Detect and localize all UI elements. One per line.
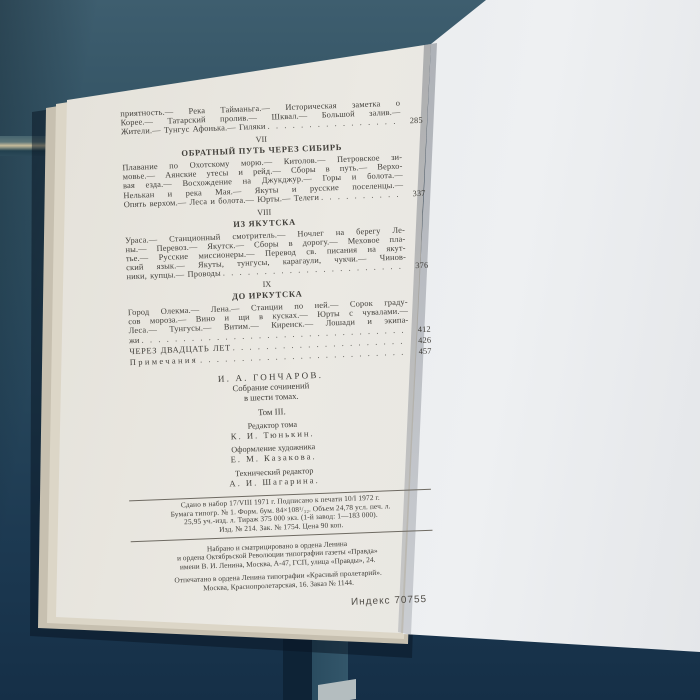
photo-scene: приятность.— Река Тайманьга.— Историческ… bbox=[0, 0, 700, 700]
table-of-contents: приятность.— Река Тайманьга.— Историческ… bbox=[120, 99, 410, 367]
credits-list: Редактор томаК. И. Тюнькин.Оформление ху… bbox=[132, 416, 414, 492]
toc-page-number: 457 bbox=[407, 346, 431, 356]
toc-page-number: 376 bbox=[404, 261, 428, 271]
toc-page-number: 337 bbox=[401, 188, 425, 198]
printed-page-content: приятность.— Река Тайманьга.— Историческ… bbox=[120, 99, 419, 617]
toc-page-number: 412 bbox=[407, 324, 431, 334]
credit-group: Технический редакторА. И. Шагарина. bbox=[134, 463, 414, 492]
imprint-block: И. А. ГОНЧАРОВ. Собрание сочинений в шес… bbox=[130, 366, 414, 492]
toc-line-text: жи bbox=[129, 335, 140, 344]
toc-entry: Ураса.— Станционный смотритель.— Ночлег … bbox=[125, 225, 407, 281]
toc-page-number: 285 bbox=[399, 116, 423, 126]
dot-leader bbox=[321, 189, 400, 201]
toc-line-text: Примечания bbox=[130, 355, 199, 367]
colophon-block: Сдано в набор 17/VIII 1971 г. Подписано … bbox=[129, 489, 432, 542]
toc-page-number: 426 bbox=[407, 335, 431, 345]
toc-entry: Плавание по Охотскому морю.— Китолов.— П… bbox=[122, 153, 404, 209]
